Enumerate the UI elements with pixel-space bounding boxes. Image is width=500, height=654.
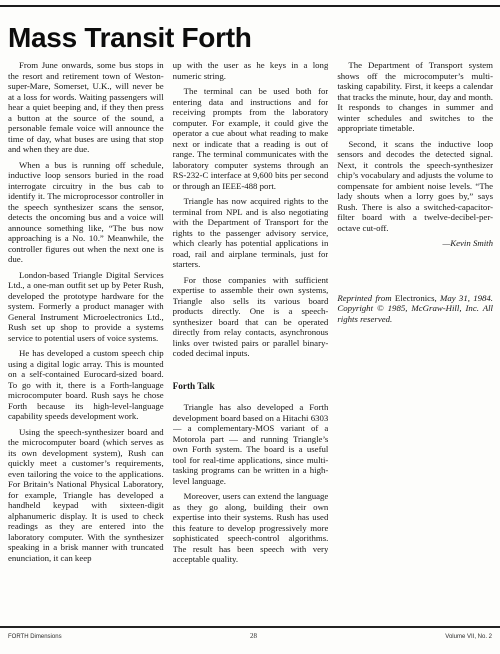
column-3: The Department of Transport system shows… [337,60,493,622]
paragraph: up with the user as he keys in a long nu… [173,60,329,81]
paragraph: For those companies with sufficient expe… [173,275,329,359]
footer-volume: Volume VII, No. 2 [445,634,492,640]
paragraph: He has developed a custom speech chip us… [8,348,164,422]
paragraph: The terminal can be used both for enteri… [173,86,329,191]
column-1: From June onwards, some bus stops in the… [8,60,164,622]
article-title: Mass Transit Forth [8,22,252,54]
footer-publication: FORTH Dimensions [8,634,62,640]
reprint-magazine-name: Electronics [395,293,435,303]
paragraph: The Department of Transport system shows… [337,60,493,134]
top-rule [0,5,500,7]
paragraph: Triangle has now acquired rights to the … [173,196,329,270]
author-byline: —Kevin Smith [337,238,493,249]
article-body: From June onwards, some bus stops in the… [8,60,493,622]
magazine-page: Mass Transit Forth From June onwards, so… [0,0,500,654]
footer-rule [0,626,500,628]
reprint-notice: Reprinted from Electronics, May 31, 1984… [337,293,493,325]
paragraph: From June onwards, some bus stops in the… [8,60,164,155]
paragraph: Second, it scans the inductive loop sens… [337,139,493,234]
paragraph: Triangle has also developed a Forth deve… [173,402,329,486]
footer-page-number: 28 [250,632,257,640]
paragraph: When a bus is running off schedule, indu… [8,160,164,265]
reprint-pre: Reprinted from [337,293,395,303]
section-heading-forth-talk: Forth Talk [173,381,329,392]
paragraph: Using the speech-synthesizer board and t… [8,427,164,564]
page-footer: FORTH Dimensions 28 Volume VII, No. 2 [0,626,500,646]
paragraph: Moreover, users can extend the language … [173,491,329,565]
column-2: up with the user as he keys in a long nu… [173,60,329,622]
paragraph: London-based Triangle Digital Services L… [8,270,164,344]
